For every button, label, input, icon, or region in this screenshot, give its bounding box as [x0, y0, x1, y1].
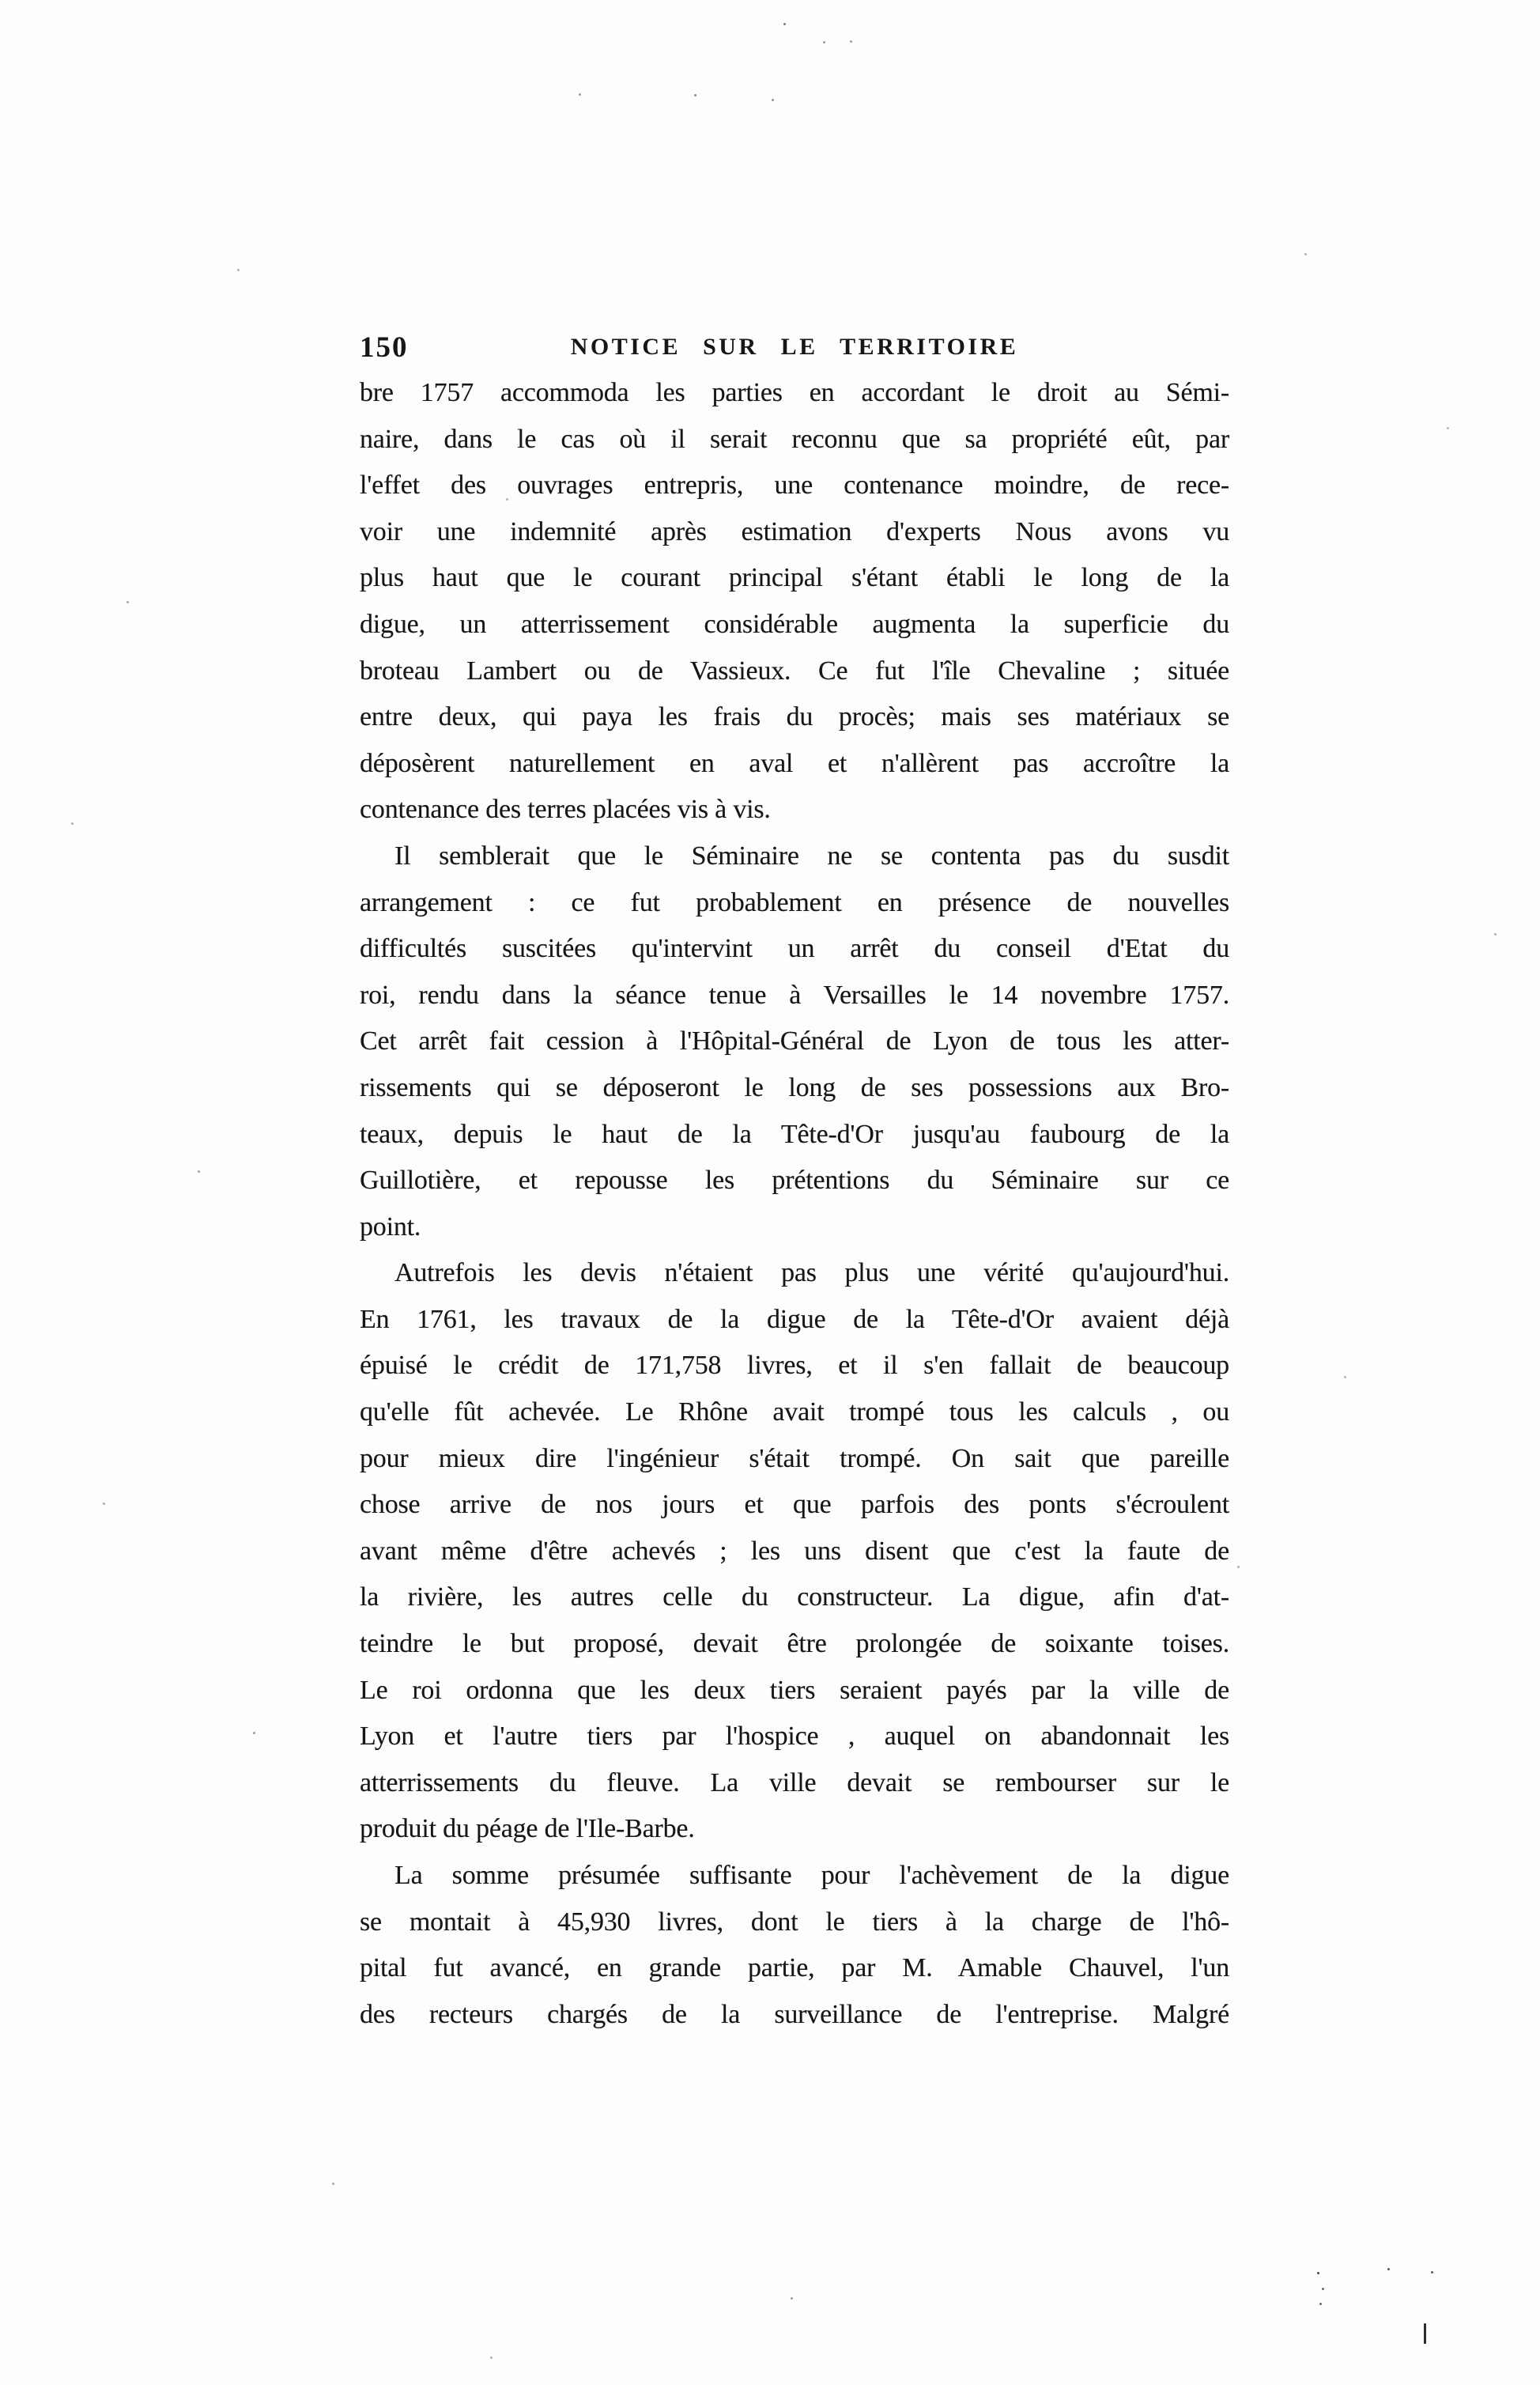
text-line: voir une indemnité après estimation d'ex… [360, 509, 1229, 556]
text-line: avant même d'être achevés ; les uns dise… [360, 1529, 1229, 1575]
text-line: Le roi ordonna que les deux tiers seraie… [360, 1668, 1229, 1714]
scan-artifact-line [1424, 2323, 1426, 2344]
text-line: épuisé le crédit de 171,758 livres, et i… [360, 1343, 1229, 1389]
text-line: des recteurs chargés de la surveillance … [360, 1992, 1229, 2039]
text-line: Lyon et l'autre tiers par l'hospice , au… [360, 1714, 1229, 1760]
text-line: l'effet des ouvrages entrepris, une cont… [360, 463, 1229, 509]
text-line: entre deux, qui paya les frais du procès… [360, 694, 1229, 741]
text-line: naire, dans le cas où il serait reconnu … [360, 417, 1229, 463]
text-line: arrangement : ce fut probablement en pré… [360, 880, 1229, 927]
text-line: Guillotière, et repousse les prétentions… [360, 1158, 1229, 1204]
page-text-block: bre 1757 accommoda les parties en accord… [360, 370, 1229, 2038]
text-line: La somme présumée suffisante pour l'achè… [360, 1853, 1229, 1899]
text-line: chose arrive de nos jours et que parfois… [360, 1482, 1229, 1529]
text-line: bre 1757 accommoda les parties en accord… [360, 370, 1229, 417]
text-line: pital fut avancé, en grande partie, par … [360, 1945, 1229, 1992]
text-line: pour mieux dire l'ingénieur s'était trom… [360, 1436, 1229, 1483]
text-line: se montait à 45,930 livres, dont le tier… [360, 1899, 1229, 1946]
book-page: 150 NOTICE SUR LE TERRITOIRE bre 1757 ac… [0, 0, 1540, 2385]
page-header: 150 NOTICE SUR LE TERRITOIRE [360, 331, 1229, 367]
text-line: atterrissements du fleuve. La ville deva… [360, 1760, 1229, 1807]
text-line: En 1761, les travaux de la digue de la T… [360, 1297, 1229, 1344]
text-line: Il semblerait que le Séminaire ne se con… [360, 833, 1229, 880]
text-line: point. [360, 1204, 1229, 1251]
text-line: rissements qui se déposeront le long de … [360, 1065, 1229, 1112]
text-line: teindre le but proposé, devait être prol… [360, 1621, 1229, 1668]
text-line: roi, rendu dans la séance tenue à Versai… [360, 973, 1229, 1019]
text-line: qu'elle fût achevée. Le Rhône avait trom… [360, 1389, 1229, 1436]
text-line: contenance des terres placées vis à vis. [360, 787, 1229, 833]
text-line: la rivière, les autres celle du construc… [360, 1574, 1229, 1621]
text-line: Cet arrêt fait cession à l'Hôpital-Génér… [360, 1019, 1229, 1065]
text-line: teaux, depuis le haut de la Tête-d'Or ju… [360, 1112, 1229, 1158]
text-line: digue, un atterrissement considérable au… [360, 602, 1229, 648]
text-line: déposèrent naturellement en aval et n'al… [360, 741, 1229, 788]
text-line: plus haut que le courant principal s'éta… [360, 555, 1229, 602]
running-title: NOTICE SUR LE TERRITOIRE [360, 334, 1229, 361]
text-line: Autrefois les devis n'étaient pas plus u… [360, 1250, 1229, 1297]
text-line: broteau Lambert ou de Vassieux. Ce fut l… [360, 648, 1229, 695]
text-line: difficultés suscitées qu'intervint un ar… [360, 926, 1229, 973]
text-line: produit du péage de l'Ile-Barbe. [360, 1806, 1229, 1853]
